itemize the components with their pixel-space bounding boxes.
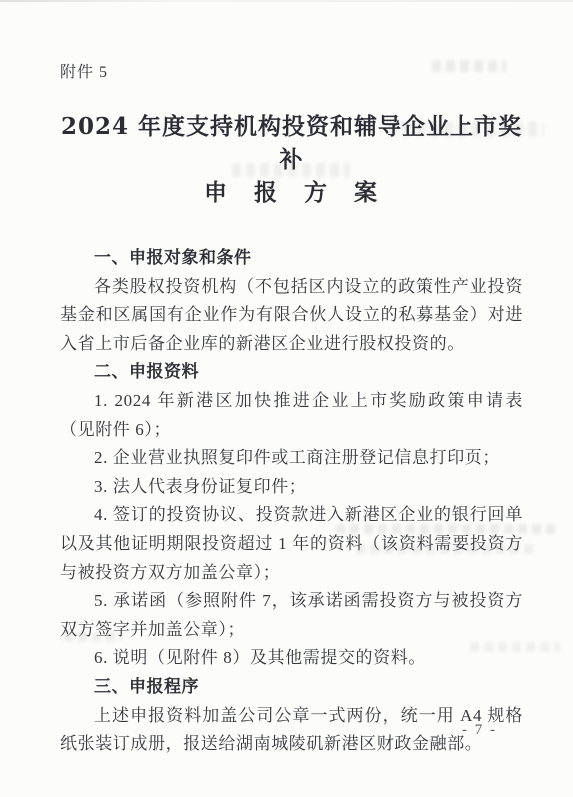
document-title: 2024 年度支持机构投资和辅导企业上市奖补 申 报 方 案 — [60, 110, 523, 209]
paragraph: 1. 2024 年新港区加快推进企业上市奖励政策申请表（见附件 6）； — [60, 387, 523, 444]
section-heading: 二、申报资料 — [60, 358, 523, 387]
document-title-line2: 申 报 方 案 — [60, 176, 523, 209]
paragraph: 4. 签订的投资协议、投资款进入新港区企业的银行回单以及其他证明期限投资超过 1… — [60, 501, 523, 587]
document-content: 附件 5 2024 年度支持机构投资和辅导企业上市奖补 申 报 方 案 一、申报… — [60, 0, 523, 759]
section-heading: 三、申报程序 — [60, 673, 523, 702]
scanned-document-page: 附件 5 2024 年度支持机构投资和辅导企业上市奖补 申 报 方 案 一、申报… — [0, 0, 573, 797]
paragraph: 各类股权投资机构（不包括区内设立的政策性产业投资基金和区属国有企业作为有限合伙人… — [60, 273, 523, 359]
section-heading: 一、申报对象和条件 — [60, 244, 523, 273]
paragraph: 5. 承诺函（参照附件 7，该承诺函需投资方与被投资方双方签字并加盖公章）； — [60, 587, 523, 644]
document-title-line1: 2024 年度支持机构投资和辅导企业上市奖补 — [60, 110, 523, 176]
page-number: - 7 - — [462, 722, 497, 739]
paragraph: 3. 法人代表身份证复印件； — [60, 473, 523, 502]
paragraph: 上述申报资料加盖公司公章一式两份，统一用 A4 规格纸张装订成册，报送给湖南城陵… — [60, 702, 523, 759]
paragraph: 2. 企业营业执照复印件或工商注册登记信息打印页； — [60, 444, 523, 473]
paragraph: 6. 说明（见附件 8）及其他需提交的资料。 — [60, 644, 523, 673]
attachment-label: 附件 5 — [60, 62, 523, 84]
document-sections: 一、申报对象和条件各类股权投资机构（不包括区内设立的政策性产业投资基金和区属国有… — [60, 244, 523, 759]
